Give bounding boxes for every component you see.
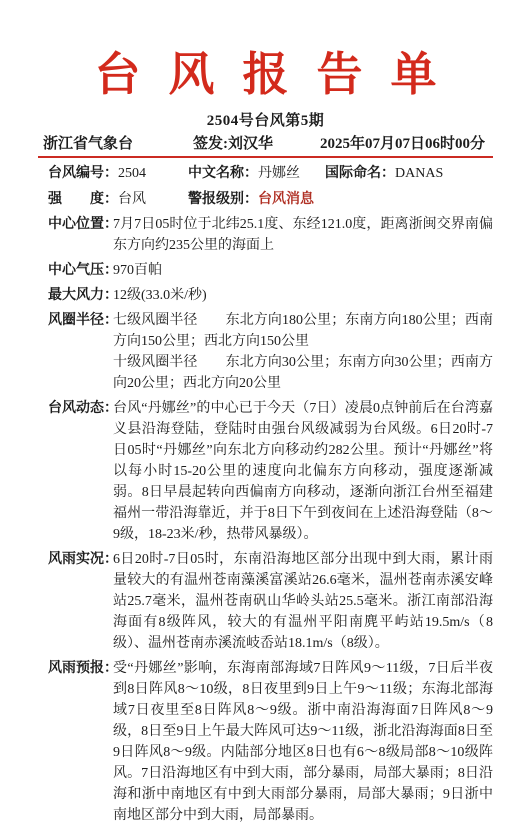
typhoon-report-page: 台风报告单 2504号台风第5期 浙江省气象台 签发:刘汉华 2025年07月0… <box>0 0 531 826</box>
section-content: 6日20时-7日05时，东南沿海地区部分出现中到大雨，累计雨量较大的有温州苍南藻… <box>113 549 493 654</box>
section-content: 12级(33.0米/秒) <box>113 285 493 306</box>
intl-name-value: DANAS <box>395 166 443 181</box>
section-label: 风雨实况： <box>38 549 113 654</box>
section-center-pressure: 中心气压： 970百帕 <box>38 260 493 281</box>
intensity-value: 台风 <box>118 192 146 207</box>
header-divider <box>38 156 493 158</box>
section-text: 7月7日05时位于北纬25.1度、东经121.0度，距离浙闽交界南偏东方向约23… <box>113 214 493 256</box>
section-label: 中心气压： <box>38 260 113 281</box>
section-text: 970百帕 <box>113 260 493 281</box>
section-wind-circle-radius: 风圈半径： 七级风圈半径 东北方向180公里；东南方向180公里；西南方向150… <box>38 310 493 394</box>
section-center-position: 中心位置： 7月7日05时位于北纬25.1度、东经121.0度，距离浙闽交界南偏… <box>38 214 493 256</box>
warning-level-cell: 警报级别：台风消息 <box>188 190 493 210</box>
report-header: 浙江省气象台 签发:刘汉华 2025年07月07日06时00分 <box>38 134 493 154</box>
issue-number: 2504号台风第5期 <box>38 109 493 130</box>
section-text: 受“丹娜丝”影响，东海南部海域7日阵风9～11级，7日后半夜到8日阵风8～10级… <box>113 658 493 826</box>
section-content: 970百帕 <box>113 260 493 281</box>
section-label: 台风动态： <box>38 398 113 545</box>
intl-name-cell: 国际命名：DANAS <box>325 164 493 184</box>
section-text: 台风“丹娜丝”的中心已于今天（7日）凌晨0点钟前后在台湾嘉义县沿海登陆，登陆时由… <box>113 398 493 545</box>
intl-name-label: 国际命名： <box>325 166 395 181</box>
section-label: 风圈半径： <box>38 310 113 394</box>
section-text: 七级风圈半径 东北方向180公里；东南方向180公里；西南方向150公里；西北方… <box>113 310 493 352</box>
info-row-1: 台风编号：2504 中文名称：丹娜丝 国际命名：DANAS <box>38 164 493 184</box>
section-content: 受“丹娜丝”影响，东海南部海域7日阵风9～11级，7日后半夜到8日阵风8～10级… <box>113 658 493 826</box>
intensity-label: 强 度： <box>48 192 118 207</box>
intensity-cell: 强 度：台风 <box>38 190 188 210</box>
page-title: 台风报告单 <box>38 50 493 101</box>
section-content: 七级风圈半径 东北方向180公里；东南方向180公里；西南方向150公里；西北方… <box>113 310 493 394</box>
typhoon-number-cell: 台风编号：2504 <box>38 164 188 184</box>
section-text: 十级风圈半径 东北方向30公里；东南方向30公里；西南方向20公里；西北方向20… <box>113 352 493 394</box>
section-label: 风雨预报： <box>38 658 113 826</box>
section-max-wind: 最大风力： 12级(33.0米/秒) <box>38 285 493 306</box>
cn-name-cell: 中文名称：丹娜丝 <box>188 164 325 184</box>
signer: 签发:刘汉华 <box>193 134 320 154</box>
section-content: 7月7日05时位于北纬25.1度、东经121.0度，距离浙闽交界南偏东方向约23… <box>113 214 493 256</box>
cn-name-value: 丹娜丝 <box>258 166 300 181</box>
cn-name-label: 中文名称： <box>188 166 258 181</box>
warning-level-label: 警报级别： <box>188 192 258 207</box>
section-label: 最大风力： <box>38 285 113 306</box>
section-text: 12级(33.0米/秒) <box>113 285 493 306</box>
agency-name: 浙江省气象台 <box>38 134 193 154</box>
section-content: 台风“丹娜丝”的中心已于今天（7日）凌晨0点钟前后在台湾嘉义县沿海登陆，登陆时由… <box>113 398 493 545</box>
section-wind-rain-observed: 风雨实况： 6日20时-7日05时，东南沿海地区部分出现中到大雨，累计雨量较大的… <box>38 549 493 654</box>
section-label: 中心位置： <box>38 214 113 256</box>
warning-level-value: 台风消息 <box>258 192 314 207</box>
section-typhoon-movement: 台风动态： 台风“丹娜丝”的中心已于今天（7日）凌晨0点钟前后在台湾嘉义县沿海登… <box>38 398 493 545</box>
section-wind-rain-forecast: 风雨预报： 受“丹娜丝”影响，东海南部海域7日阵风9～11级，7日后半夜到8日阵… <box>38 658 493 826</box>
info-row-2: 强 度：台风 警报级别：台风消息 <box>38 190 493 210</box>
typhoon-number-label: 台风编号： <box>48 166 118 181</box>
typhoon-number-value: 2504 <box>118 166 146 181</box>
issue-datetime: 2025年07月07日06时00分 <box>320 134 493 154</box>
section-text: 6日20时-7日05时，东南沿海地区部分出现中到大雨，累计雨量较大的有温州苍南藻… <box>113 549 493 654</box>
